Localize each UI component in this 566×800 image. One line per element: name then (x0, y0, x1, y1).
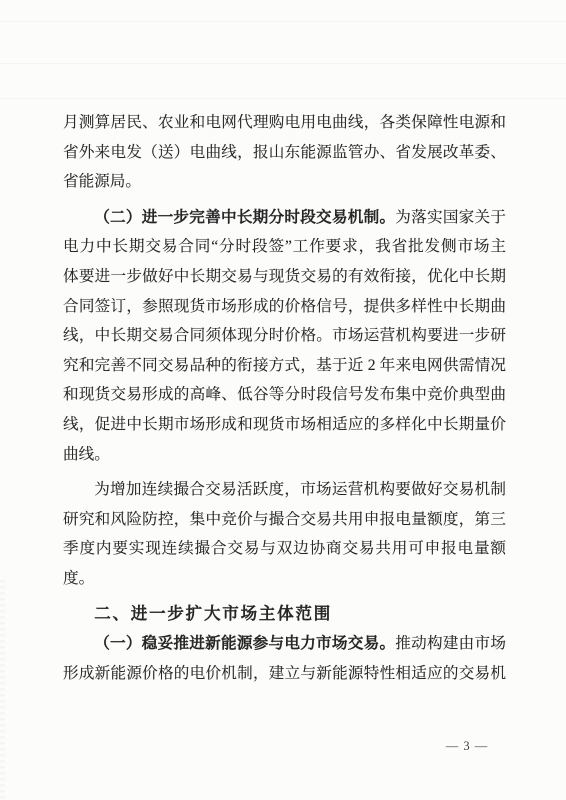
text-line: 季度内要实现连续撮合交易与双边协商交易共用可申报电量额 (63, 534, 506, 564)
text-line: 合同签订，参照现货市场形成的价格信号，提供多样性中长期曲 (63, 292, 506, 322)
text-line: 省外来电发（送）电曲线，报山东能源监管办、省发展改革委、 (63, 138, 506, 168)
text-line: 二、进一步扩大市场主体范围 (63, 600, 506, 630)
scan-artifact-line (0, 98, 566, 99)
section-heading: 二、进一步扩大市场主体范围 (94, 605, 332, 623)
document-page: 月测算居民、农业和电网代理购电用电曲线，各类保障性电源和省外来电发（送）电曲线，… (0, 0, 566, 800)
text-line: 体要进一步做好中长期交易与现货交易的有效衔接，优化中长期 (63, 262, 506, 292)
text-line: 线，中长期交易合同须体现分时价格。市场运营机构要进一步研 (63, 321, 506, 351)
body-text: 线，促进中长期市场形成和现货市场相适应的多样化中长期量价 (63, 416, 506, 433)
body-text: 月测算居民、农业和电网代理购电用电曲线，各类保障性电源和 (63, 114, 506, 131)
body-text: 为落实国家关于 (395, 209, 506, 226)
text-line: （二）进一步完善中长期分时段交易机制。为落实国家关于 (63, 203, 506, 233)
body-text: 省能源局。 (63, 173, 141, 190)
body-text: 季度内要实现连续撮合交易与双边协商交易共用可申报电量额 (63, 540, 506, 557)
text-line: 省能源局。 (63, 167, 506, 197)
text-line: 形成新能源价格的电价机制，建立与新能源特性相适应的交易机 (63, 659, 506, 689)
item-lead-text: （二）进一步完善中长期分时段交易机制。 (94, 209, 395, 226)
scan-edge-noise (0, 580, 5, 800)
body-text: 电力中长期交易合同“分时段签”工作要求，我省批发侧市场主 (63, 238, 506, 255)
body-text: 为增加连续撮合交易活跃度，市场运营机构要做好交易机制 (94, 481, 506, 498)
body-text: 线，中长期交易合同须体现分时价格。市场运营机构要进一步研 (63, 327, 506, 344)
body-text: 体要进一步做好中长期交易与现货交易的有效衔接，优化中长期 (63, 268, 506, 285)
text-line: 线，促进中长期市场形成和现货市场相适应的多样化中长期量价 (63, 410, 506, 440)
text-line: 电力中长期交易合同“分时段签”工作要求，我省批发侧市场主 (63, 232, 506, 262)
text-line: 究和完善不同交易品种的衔接方式，基于近 2 年来电网供需情况 (63, 351, 506, 381)
body-text: 合同签订，参照现货市场形成的价格信号，提供多样性中长期曲 (63, 298, 506, 315)
document-body: 月测算居民、农业和电网代理购电用电曲线，各类保障性电源和省外来电发（送）电曲线，… (63, 108, 506, 688)
item-lead-text: （一）稳妥推进新能源参与电力市场交易。 (94, 635, 395, 652)
scan-artifact-line (0, 21, 566, 22)
text-line: 曲线。 (63, 440, 506, 470)
page-number: — 3 — (432, 739, 502, 754)
body-text: 度。 (63, 570, 94, 587)
body-text: 推动构建由市场 (395, 635, 506, 652)
text-line: 为增加连续撮合交易活跃度，市场运营机构要做好交易机制 (63, 475, 506, 505)
text-line: 月测算居民、农业和电网代理购电用电曲线，各类保障性电源和 (63, 108, 506, 138)
text-line: 研究和风险防控，集中竞价与撮合交易共用申报电量额度，第三 (63, 505, 506, 535)
text-line: 度。 (63, 564, 506, 594)
body-text: 研究和风险防控，集中竞价与撮合交易共用申报电量额度，第三 (63, 511, 506, 528)
text-line: 和现货交易形成的高峰、低谷等分时段信号发布集中竞价典型曲 (63, 380, 506, 410)
body-text: 究和完善不同交易品种的衔接方式，基于近 2 年来电网供需情况 (63, 357, 506, 374)
text-line: （一）稳妥推进新能源参与电力市场交易。推动构建由市场 (63, 629, 506, 659)
scan-artifact-line (0, 63, 566, 64)
body-text: 和现货交易形成的高峰、低谷等分时段信号发布集中竞价典型曲 (63, 386, 506, 403)
body-text: 省外来电发（送）电曲线，报山东能源监管办、省发展改革委、 (63, 144, 506, 161)
body-text: 形成新能源价格的电价机制，建立与新能源特性相适应的交易机 (63, 665, 506, 682)
body-text: 曲线。 (63, 446, 110, 463)
